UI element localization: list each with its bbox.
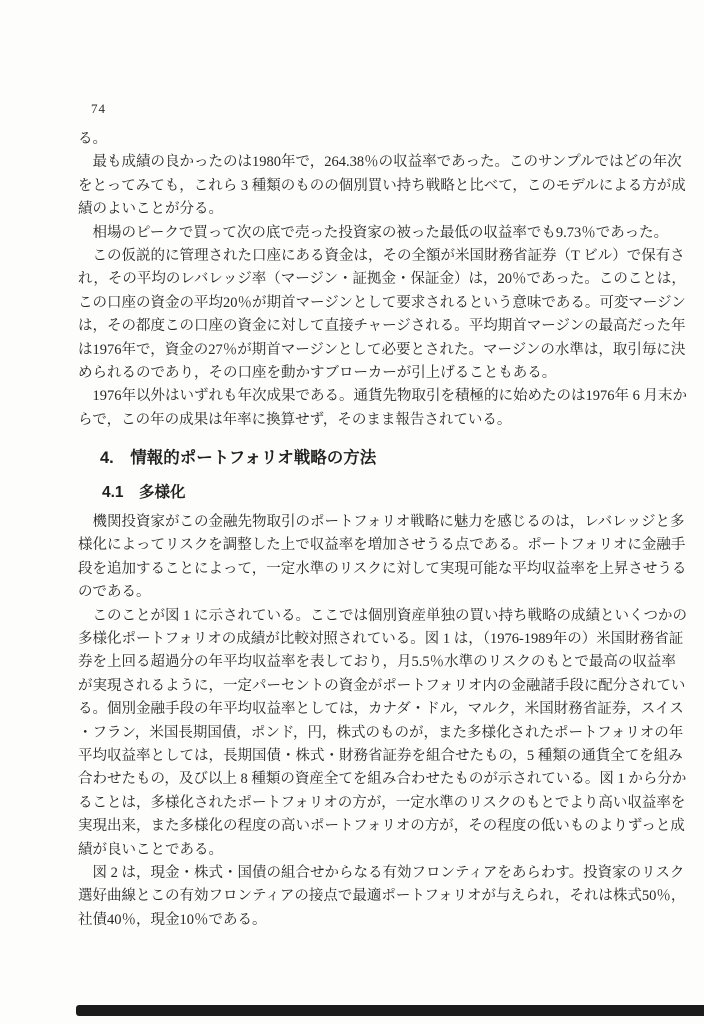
scanned-paper-page: 74 る。 最も成績の良かったのは1980年で，264.38％の収益率であった。… [0,0,704,1024]
text-line: 績のよいことが分る。 [78,198,670,221]
paragraph-block-2: 機関投資家がこの金融先物取引のポートフォリオ戦略に魅力を感じるのは，レバレッジと… [78,511,670,932]
text-line: 選好曲線とこの有効フロンティアの接点で最適ポートフォリオが与えられ，それは株式5… [78,885,670,908]
scan-edge-artifact-bar [76,1005,704,1016]
text-line: ・フラン，米国長期国債，ポンド，円，株式のものが，また多様化されたポートフォリオ… [78,722,670,745]
text-line: れ，その平均のレバレッジ率（マージン・証拠金・保証金）は，20％であった。このこ… [78,268,670,291]
text-line: 績が良いことである。 [78,839,670,862]
text-line: 機関投資家がこの金融先物取引のポートフォリオ戦略に魅力を感じるのは，レバレッジと… [78,511,670,534]
page-number: 74 [91,101,106,117]
subsection-heading: 4.1 多様化 [78,483,670,503]
text-line: この仮説的に管理された口座にある資金は，その全額が米国財務省証券（T ビル）で保… [78,245,670,268]
text-line: 図 2 は，現金・株式・国債の組合せからなる有効フロンティアをあらわす。投資家の… [78,862,670,885]
text-line: 平均収益率としては，長期国債・株式・財務省証券を組合せたもの，5 種類の通貨全て… [78,745,670,768]
text-line: る。個別金融手段の年平均収益率としては，カナダ・ドル，マルク，米国財務省証券，ス… [78,698,670,721]
text-line: 相場のピークで買って次の底で売った投資家の被った最低の収益率でも9.73％であっ… [78,222,670,245]
text-line: 合わせたもの，及び以上 8 種類の資産全てを組み合わせたものが示されている。図 … [78,768,670,791]
text-line: 多様化ポートフォリオの成績が比較対照されている。図 1 は，（1976-1989… [78,628,670,651]
text-line: この口座の資金の平均20％が期首マージンとして要求されるという意味である。可変マ… [78,292,670,315]
text-line: る。 [78,128,670,151]
text-line: 1976年以外はいずれも年次成果である。通貨先物取引を積極的に始めたのは1976… [78,385,670,408]
section-heading: 4. 情報的ポートフォリオ戦略の方法 [78,448,670,468]
text-line: 実現出来，また多様化の程度の高いポートフォリオの方が，その程度の低いものよりずっ… [78,815,670,838]
text-line: らで，この年の成果は年率に換算せず，そのまま報告されている。 [78,409,670,432]
text-line: 券を上回る超過分の年平均収益率を表しており，月5.5％水準のリスクのもとで最高の… [78,651,670,674]
text-column: る。 最も成績の良かったのは1980年で，264.38％の収益率であった。このサ… [78,128,670,932]
text-line: 段を追加することによって，一定水準のリスクに対して実現可能な平均収益率を上昇させ… [78,558,670,581]
text-line: ることは，多様化されたポートフォリオの方が，一定水準のリスクのもとでより高い収益… [78,792,670,815]
text-line: は1976年で，資金の27％が期首マージンとして必要とされた。マージンの水準は，… [78,339,670,362]
text-line: が実現されるように，一定パーセントの資金がポートフォリオ内の金融諸手段に配分され… [78,675,670,698]
text-line: のである。 [78,581,670,604]
text-line: められるのであり，その口座を動かすブローカーが引上げることもある。 [78,362,670,385]
text-line: は，その都度この口座の資金に対して直接チャージされる。平均期首マージンの最高だっ… [78,315,670,338]
text-line: 社債40％，現金10％である。 [78,909,670,932]
text-line: をとってみても，これら 3 種類のものの個別買い持ち戦略と比べて，このモデルによ… [78,175,670,198]
paragraph-block-1: る。 最も成績の良かったのは1980年で，264.38％の収益率であった。このサ… [78,128,670,432]
text-line: このことが図 1 に示されている。ここでは個別資産単独の買い持ち戦略の成績といく… [78,605,670,628]
text-line: 様化によってリスクを調整した上で収益率を増加させうる点である。ポートフォリオに金… [78,534,670,557]
text-line: 最も成績の良かったのは1980年で，264.38％の収益率であった。このサンプル… [78,151,670,174]
